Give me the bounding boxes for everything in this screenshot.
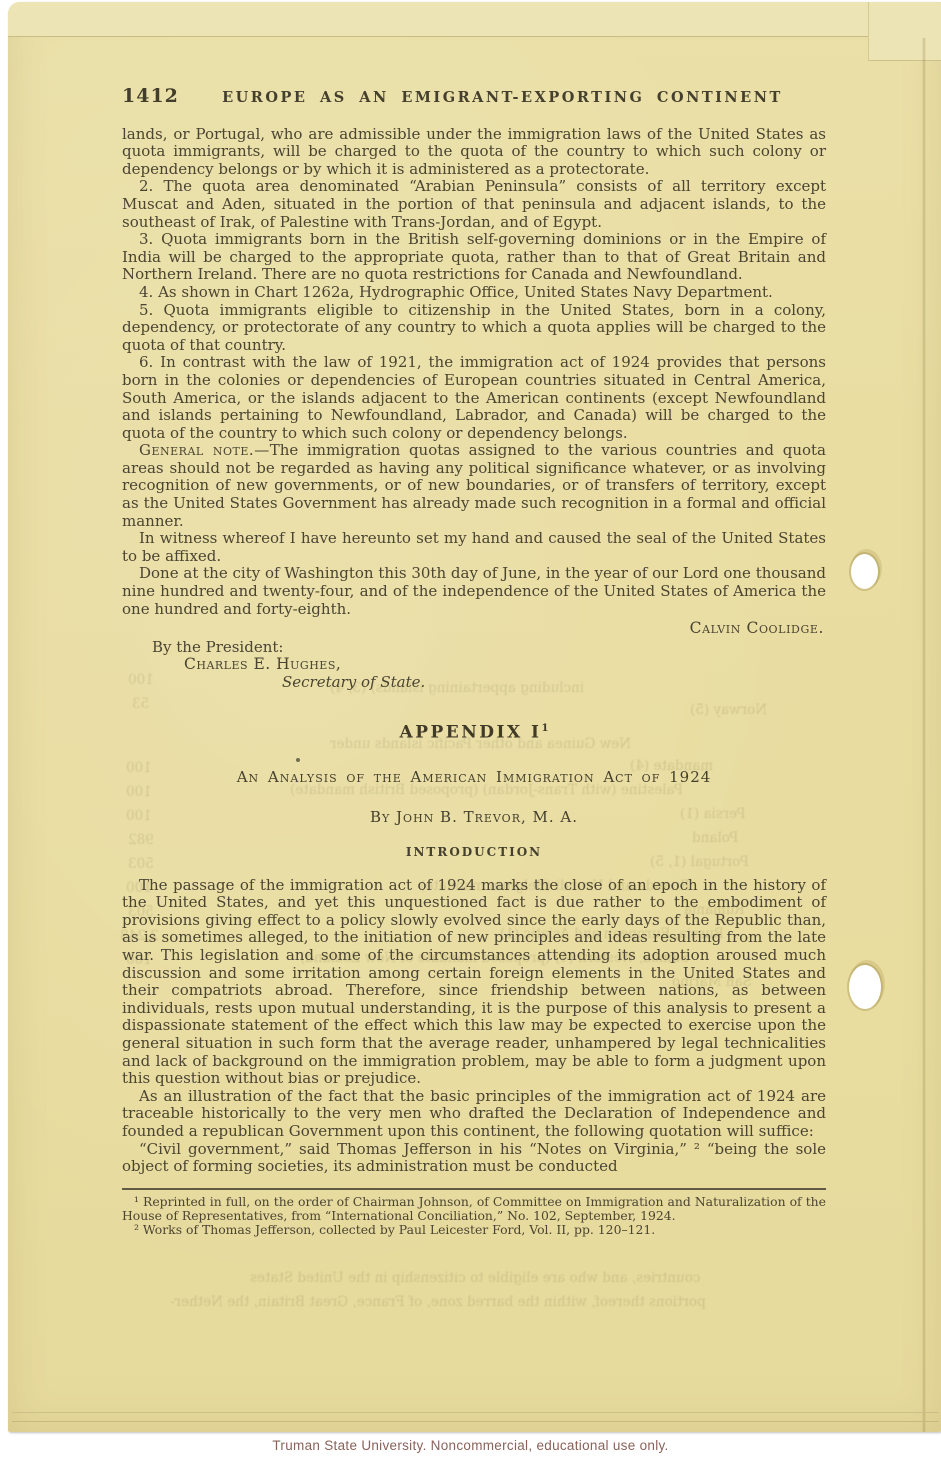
punch-hole [849,965,881,1009]
introduction-heading: INTRODUCTION [122,844,826,862]
general-note-paragraph: General note.—The immigration quotas ass… [122,442,826,530]
by-the-president-line: By the President: [152,639,826,657]
paragraph-witness: In witness whereof I have hereunto set m… [122,530,826,565]
footnote-2: ² Works of Thomas Jefferson, collected b… [122,1223,826,1237]
watermark-caption: Truman State University. Noncommercial, … [0,1438,941,1464]
appendix-subtitle: An Analysis of the American Immigration … [122,769,826,787]
appendix-footnote-marker: 1 [542,723,549,734]
page-bottom-edges [12,1412,939,1422]
secretary-title: Secretary of State. [282,674,826,692]
appendix-heading: APPENDIX I1 [122,720,826,742]
paragraph-item-5: 5. Quota immigrants eligible to citizens… [122,302,826,355]
footnote-block: ¹ Reprinted in full, on the order of Cha… [122,1188,826,1238]
signature-block: Calvin Coolidge. By the President: Charl… [122,620,826,691]
page-fold-line [922,38,926,1432]
paragraph-continuation: lands, or Portugal, who are admissible u… [122,126,826,179]
paragraph-item-2: 2. The quota area denominated “Arabian P… [122,178,826,231]
printed-text-column: 1412 EUROPE AS AN EMIGRANT-EXPORTING CON… [122,88,826,1238]
jefferson-quote-paragraph: “Civil government,” said Thomas Jefferso… [122,1141,826,1176]
general-note-lead: General note.— [139,441,270,459]
secretary-name: Charles E. Hughes, [184,656,826,674]
paragraph-done-at: Done at the city of Washington this 30th… [122,565,826,618]
page-number: 1412 [122,88,179,106]
paragraph-item-3: 3. Quota immigrants born in the British … [122,231,826,284]
intro-paragraph-2: As an illustration of the fact that the … [122,1088,826,1141]
paragraph-item-4: 4. As shown in Chart 1262a, Hydrographic… [122,284,826,302]
page-header: 1412 EUROPE AS AN EMIGRANT-EXPORTING CON… [122,88,826,107]
paragraph-item-6: 6. In contrast with the law of 1921, the… [122,354,826,442]
appendix-byline: By John B. Trevor, M. A. [122,809,826,827]
underlying-page-corner [868,2,941,61]
page-top-edge [8,2,941,37]
appendix-heading-text: APPENDIX I [400,722,542,742]
intro-paragraph-1: The passage of the immigration act of 19… [122,877,826,1088]
bleed-through-text: countries, and who are eligible to citiz… [250,1270,700,1286]
scan-canvas: { "colors": { "paper": "#e8dc9f", "ink":… [0,0,941,1464]
running-title: EUROPE AS AN EMIGRANT-EXPORTING CONTINEN… [179,89,826,107]
president-signature: Calvin Coolidge. [122,620,826,638]
punch-hole [851,554,878,589]
footnote-1: ¹ Reprinted in full, on the order of Cha… [122,1195,826,1224]
bleed-through-text: portions thereof, within the barred zone… [170,1294,706,1310]
